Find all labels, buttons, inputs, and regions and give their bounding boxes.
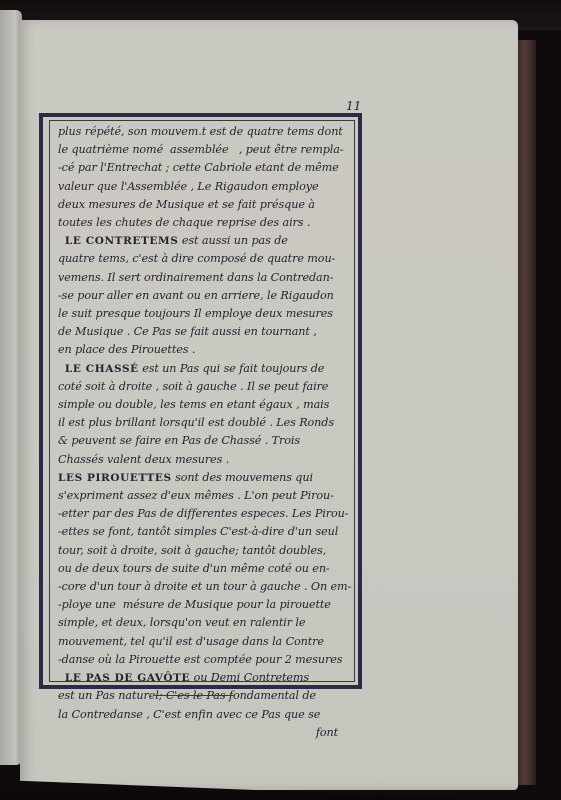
line-text: & peuvent se faire en Pas de Chassé . Tr… — [58, 434, 300, 447]
line-text: ou Demi Contretems — [190, 671, 309, 684]
text-block: plus répété, son mouvem.t est de quatre … — [49, 120, 355, 682]
section-heading: LE CHASSÉ — [65, 363, 139, 375]
text-line: plus répété, son mouvem.t est de quatre … — [58, 123, 348, 141]
text-line: -core d'un tour à droite et un tour à ga… — [58, 578, 348, 596]
text-line: LE PAS DE GAVÔTE ou Demi Contretems — [58, 669, 348, 687]
text-line: simple, et deux, lorsqu'on veut en ralen… — [58, 614, 348, 632]
text-line: -danse où la Pirouette est comptée pour … — [58, 651, 348, 669]
catchword: font — [58, 724, 348, 742]
text-line: tour, soit à droite, soit à gauche; tant… — [58, 542, 348, 560]
line-text: est aussi un pas de — [178, 234, 287, 247]
line-text: la Contredanse , C'est enfin avec ce Pas… — [58, 708, 320, 721]
text-line: -cé par l'Entrechat ; cette Cabriole eta… — [58, 159, 348, 177]
section-heading: LE CONTRETEMS — [65, 235, 179, 247]
line-text: -etter par des Pas de differentes espece… — [58, 507, 348, 520]
text-line: il est plus brillant lorsqu'il est doubl… — [58, 414, 348, 432]
line-text: valeur que l'Assemblée , Le Rigaudon emp… — [58, 180, 318, 193]
text-line: -ploye une mésure de Musique pour la pir… — [58, 596, 348, 614]
line-text: le suit presque toujours Il employe deux… — [58, 307, 333, 320]
text-line: le suit presque toujours Il employe deux… — [58, 305, 348, 323]
section-heading: LES PIROUETTES — [58, 472, 172, 484]
section-heading: LE PAS DE GAVÔTE — [65, 672, 190, 684]
line-text: Chassés valent deux mesures . — [58, 453, 229, 466]
text-line: LES PIROUETTES sont des mouvemens qui — [58, 469, 348, 487]
text-line: -ettes se font, tantôt simples C'est-à-d… — [58, 523, 348, 541]
text-line: le quatrième nomé assemblée , peut être … — [58, 141, 348, 159]
line-text: il est plus brillant lorsqu'il est doubl… — [58, 416, 334, 429]
text-line: s'expriment assez d'eux mêmes . L'on peu… — [58, 487, 348, 505]
line-text: est un Pas qui se fait toujours de — [139, 362, 325, 375]
text-line: mouvement, tel qu'il est d'usage dans la… — [58, 633, 348, 651]
line-text: -core d'un tour à droite et un tour à ga… — [58, 580, 351, 593]
line-text: s'expriment assez d'eux mêmes . L'on peu… — [58, 489, 334, 502]
line-text: simple, et deux, lorsqu'on veut en ralen… — [58, 616, 305, 629]
text-line: LE CHASSÉ est un Pas qui se fait toujour… — [58, 360, 348, 378]
book-page-edges — [518, 40, 536, 785]
text-line: coté soit à droite , soit à gauche . Il … — [58, 378, 348, 396]
line-text: toutes les chutes de chaque reprise des … — [58, 216, 310, 229]
line-text: quatre tems, c'est à dire composé de qua… — [58, 252, 335, 265]
text-line: -se pour aller en avant ou en arriere, l… — [58, 287, 348, 305]
text-line: vemens. Il sert ordinairement dans la Co… — [58, 269, 348, 287]
text-line: la Contredanse , C'est enfin avec ce Pas… — [58, 706, 348, 724]
text-line: de Musique . Ce Pas se fait aussi en tou… — [58, 323, 348, 341]
line-text: plus répété, son mouvem.t est de quatre … — [58, 125, 343, 138]
text-line: deux mesures de Musique et se fait présq… — [58, 196, 348, 214]
text-line: simple ou double, les tems en etant égau… — [58, 396, 348, 414]
text-line: quatre tems, c'est à dire composé de qua… — [58, 250, 348, 268]
line-indent — [58, 362, 65, 375]
line-text: -ploye une mésure de Musique pour la pir… — [58, 598, 331, 611]
line-text: de Musique . Ce Pas se fait aussi en tou… — [58, 325, 317, 338]
line-text: -ettes se font, tantôt simples C'est-à-d… — [58, 525, 338, 538]
line-text: sont des mouvemens qui — [172, 471, 313, 484]
line-indent — [58, 671, 65, 684]
text-line: est un Pas naturel; C'es le Pas fondamen… — [58, 687, 348, 705]
text-line: Chassés valent deux mesures . — [58, 451, 348, 469]
text-line: LE CONTRETEMS est aussi un pas de — [58, 232, 348, 250]
text-line: & peuvent se faire en Pas de Chassé . Tr… — [58, 432, 348, 450]
line-indent — [58, 234, 65, 247]
previous-page-edge — [0, 10, 22, 765]
line-text: -cé par l'Entrechat ; cette Cabriole eta… — [58, 161, 339, 174]
text-line: en place des Pirouettes . — [58, 341, 348, 359]
line-text: en place des Pirouettes . — [58, 343, 195, 356]
line-text: deux mesures de Musique et se fait présq… — [58, 198, 315, 211]
line-text: -se pour aller en avant ou en arriere, l… — [58, 289, 334, 302]
text-line: toutes les chutes de chaque reprise des … — [58, 214, 348, 232]
text-line: valeur que l'Assemblée , Le Rigaudon emp… — [58, 178, 348, 196]
line-text: -danse où la Pirouette est comptée pour … — [58, 653, 342, 666]
decorative-rule — [155, 695, 235, 696]
page-number: 11 — [346, 99, 361, 113]
line-text: simple ou double, les tems en etant égau… — [58, 398, 329, 411]
line-text: ou de deux tours de suite d'un même coté… — [58, 562, 330, 575]
line-text: coté soit à droite , soit à gauche . Il … — [58, 380, 328, 393]
line-text: mouvement, tel qu'il est d'usage dans la… — [58, 635, 324, 648]
text-line: ou de deux tours de suite d'un même coté… — [58, 560, 348, 578]
line-text: tour, soit à droite, soit à gauche; tant… — [58, 544, 326, 557]
text-line: -etter par des Pas de differentes espece… — [58, 505, 348, 523]
line-text: le quatrième nomé assemblée , peut être … — [58, 143, 344, 156]
line-text: vemens. Il sert ordinairement dans la Co… — [58, 271, 333, 284]
